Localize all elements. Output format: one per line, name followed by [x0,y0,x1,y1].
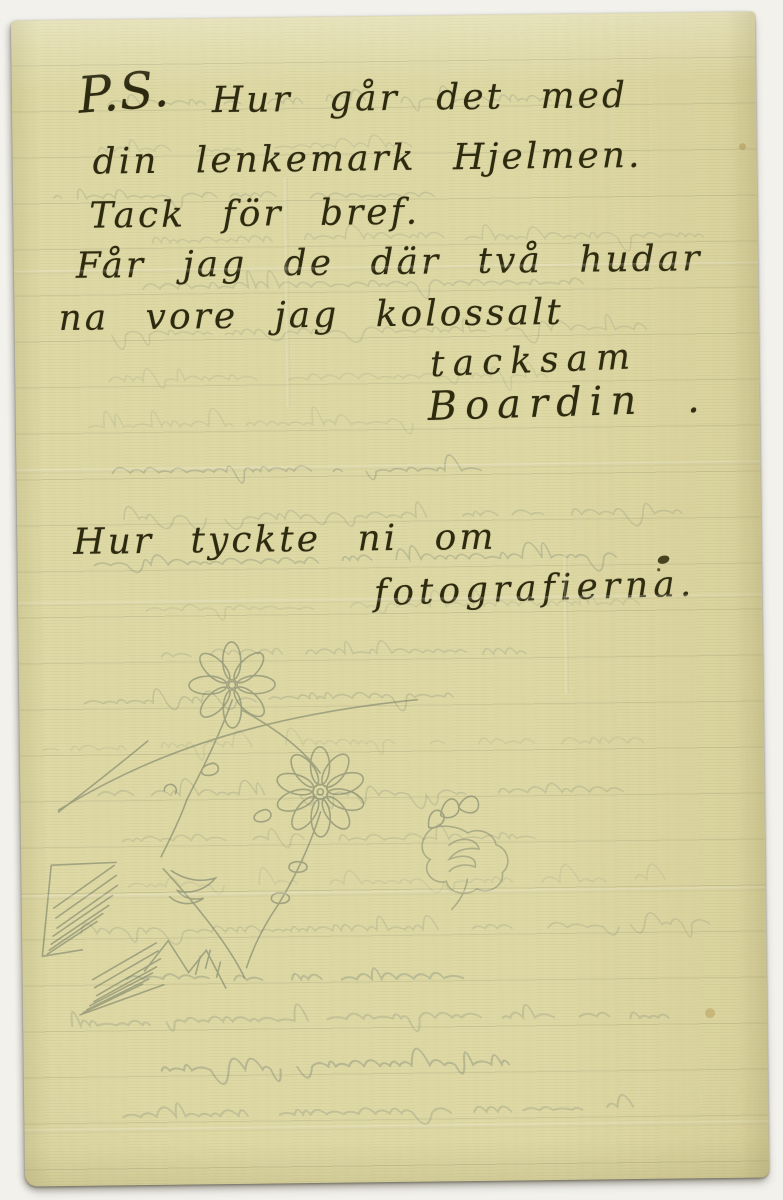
ink-text: P.S. Hur går det med din lenkemark Hjelm… [11,11,769,1186]
letter-line: Tack för bref. [89,192,420,237]
postscript-initials: P.S. [76,60,172,125]
letter-line: din lenkemark Hjelmen. [92,135,642,183]
letter-line: fotografierna. [373,563,696,614]
letter-line: Hur tyckte ni om [73,517,497,563]
letter-paper: P.S. Hur går det med din lenkemark Hjelm… [11,11,769,1186]
letter-line: Får jag de där två hudar [76,238,703,287]
letter-line: Hur går det med [212,75,629,121]
letter-line: na vore jag kolossalt [58,292,564,339]
signature-line: Boardin . [427,376,708,430]
